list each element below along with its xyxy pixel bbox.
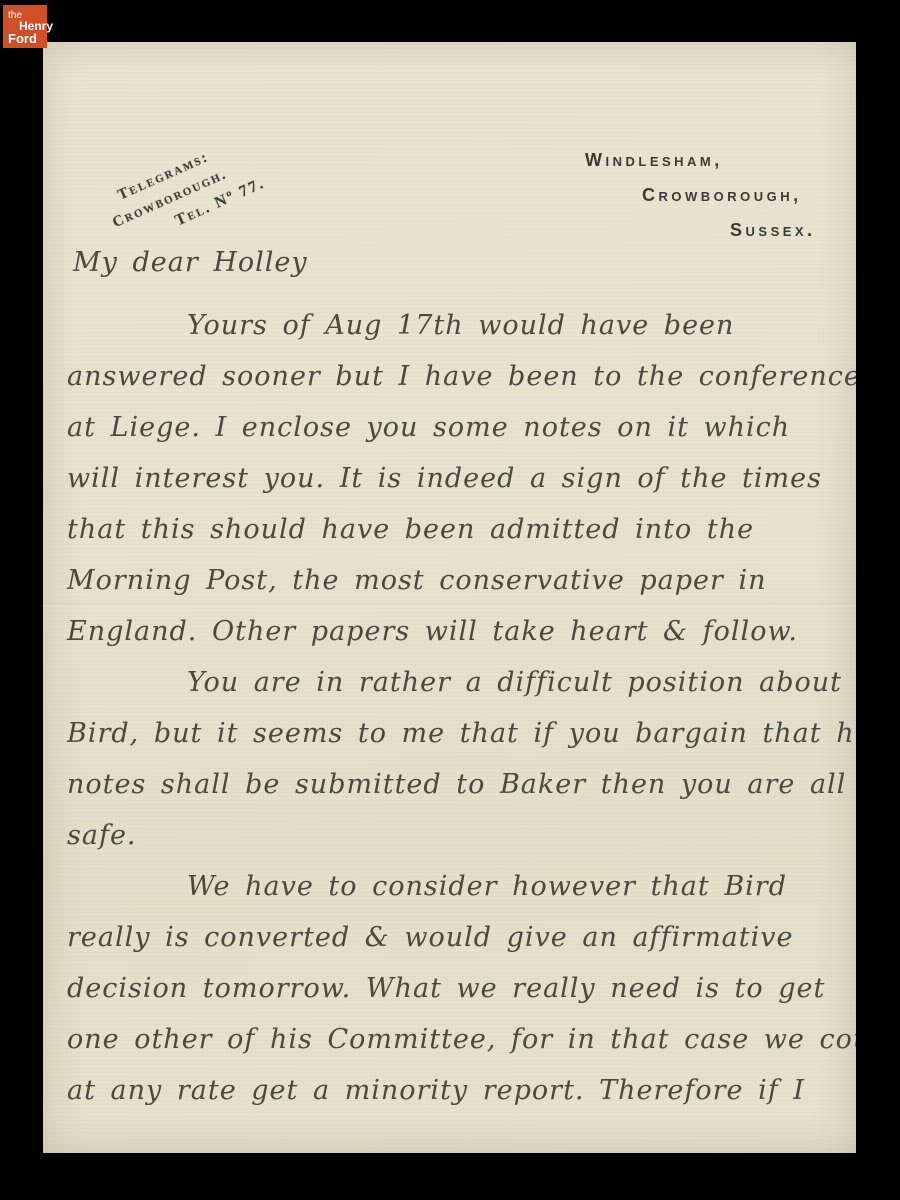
letter-paper: Telegrams: Crowborough. Tel. Nº 77. Wind… — [43, 42, 856, 1153]
archive-scan-background: Telegrams: Crowborough. Tel. Nº 77. Wind… — [0, 0, 900, 1200]
logo-word-ford: Ford — [8, 32, 37, 45]
letter-salutation: My dear Holley — [73, 247, 308, 278]
handwriting-line: England. Other papers will take heart & … — [67, 606, 842, 657]
telegram-stamp: Telegrams: Crowborough. Tel. Nº 77. — [100, 111, 311, 255]
handwriting-line: decision tomorrow. What we really need i… — [67, 963, 842, 1014]
handwriting-line: Morning Post, the most conservative pape… — [67, 555, 842, 606]
handwriting-line: Yours of Aug 17th would have been — [67, 300, 842, 351]
letter-body: Yours of Aug 17th would have been answer… — [67, 300, 842, 1116]
henry-ford-logo: the Henry Ford — [3, 5, 47, 48]
handwriting-line: that this should have been admitted into… — [67, 504, 842, 555]
handwriting-line: one other of his Committee, for in that … — [67, 1014, 842, 1065]
handwriting-line: answered sooner but I have been to the c… — [67, 351, 842, 402]
handwriting-line: notes shall be submitted to Baker then y… — [67, 759, 842, 810]
handwriting-line: at Liege. I enclose you some notes on it… — [67, 402, 842, 453]
handwriting-line: You are in rather a difficult position a… — [67, 657, 842, 708]
address-line-windlesham: Windlesham, — [585, 150, 723, 171]
handwriting-line: really is converted & would give an affi… — [67, 912, 842, 963]
handwriting-line: at any rate get a minority report. There… — [67, 1065, 842, 1116]
handwriting-line: We have to consider however that Bird — [67, 861, 842, 912]
handwriting-line: Bird, but it seems to me that if you bar… — [67, 708, 842, 759]
fold-crease — [43, 603, 856, 606]
address-line-crowborough: Crowborough, — [642, 185, 802, 206]
handwriting-line: safe. — [67, 810, 842, 861]
address-line-sussex: Sussex. — [730, 220, 816, 241]
handwriting-line: will interest you. It is indeed a sign o… — [67, 453, 842, 504]
